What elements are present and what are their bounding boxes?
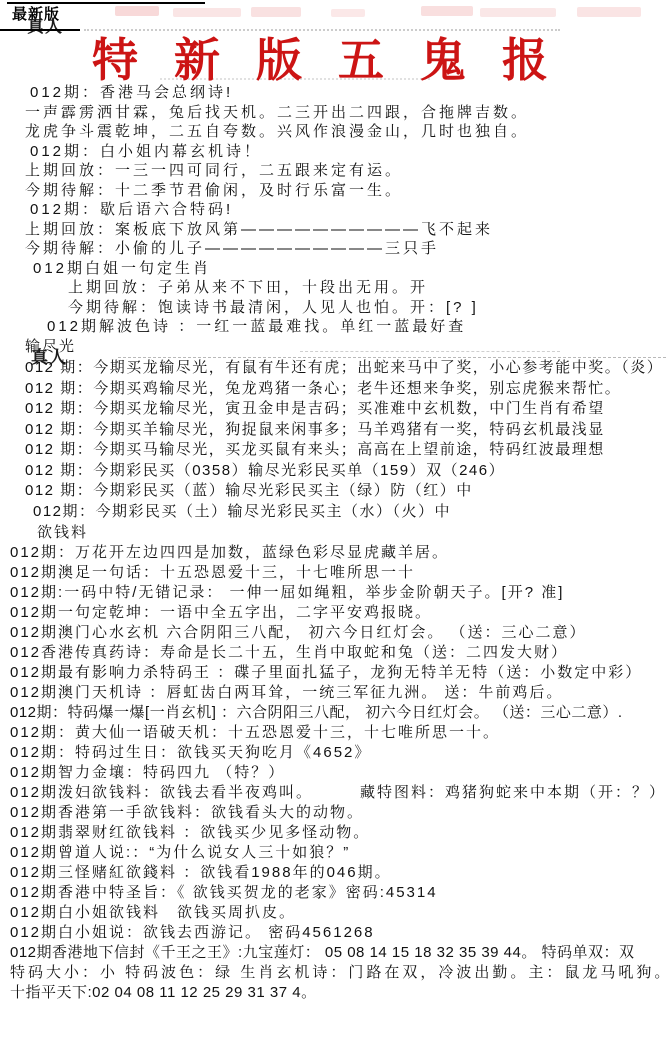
text-line: 012期:一码中特/无错记录： 一伸一屈如绳粗，举步金阶朝天子。[开? 准]	[0, 581, 670, 601]
text-line: 012期泼妇欲钱料：欲钱去看半夜鸡叫。 藏特图料：鸡猪狗蛇来中本期（开：？）	[0, 781, 670, 801]
text-line: 012 期：今期买龙输尽光，有鼠有牛还有虎；出蛇来马中了奖，小心参考能中奖。（炎…	[0, 356, 670, 377]
text-line: 012期最有影响力杀特码王 ：碟子里面扎猛子，龙狗无特羊无特（送：小数定中彩）	[0, 661, 670, 681]
artifact-smudge	[251, 7, 301, 17]
watermark-zhenren-top: 真人	[27, 12, 63, 37]
text-line: 012期三怪赌紅欲錢料 ：欲钱看1988年的046期。	[0, 861, 670, 881]
text-line: 上期回放：案板底下放风第——————————飞不起来	[0, 218, 670, 238]
text-line: 012 期：今期买鸡输尽光，兔龙鸡猪一条心；老牛还想来争奖，别忘虎猴来帮忙。	[0, 377, 670, 398]
powu-left: 012期泼妇欲钱料：欲钱去看半夜鸡叫。	[10, 784, 313, 801]
text-line: 012期白姐一句定生肖	[0, 257, 670, 277]
text-line: 012期香港地下信封《千王之王》:九宝莲灯： 05 08 14 15 18 32…	[0, 941, 670, 961]
text-line: 今期待解：小偷的儿子——————————三只手	[0, 237, 670, 257]
section-top-poems: 012期：香港马会总纲诗! 一声霹雳洒甘霖，兔后找天机。二三开出二四跟，合拖牌吉…	[0, 81, 670, 335]
text-line: 012期澳门心水玄机 六合阴阳三八配， 初六今日红灯会。 （送：三心二意）	[0, 621, 670, 641]
text-line: 特码大小：小 特码波色：绿 生肖玄机诗：门路在双，冷波出勤。主：鼠龙马吼狗。	[0, 961, 670, 981]
cangte-right-note: 藏特图料：鸡猪狗蛇来中本期（开：？）	[360, 781, 666, 802]
text-line: 012期一句定乾坤：一语中全五字出，二字平安鸡报晓。	[0, 601, 670, 621]
artifact-smudge	[577, 7, 641, 17]
text-line: 一声霹雳洒甘霖，兔后找天机。二三开出二四跟，合拖牌吉数。	[0, 101, 670, 121]
text-line: 012 期：今期买马输尽光，买龙买鼠有来头；高高在上望前途，特码红波最理想	[0, 438, 670, 459]
text-line: 012期澳门天机诗 ：唇虹齿白两耳耸，一统三军征九洲。 送：牛前鸡后。	[0, 681, 670, 701]
text-line: 012期：特码爆一爆[一肖玄机] ：六合阴阳三八配， 初六今日红灯会。 （送：三…	[0, 701, 670, 721]
text-line: 012期：香港马会总纲诗!	[0, 81, 670, 101]
text-line: 012期白小姐欲钱料 欲钱买周扒皮。	[0, 901, 670, 921]
section-yuqianliao: 欲钱料 012期：万花开左边四四是加数，蓝绿色彩尽显虎藏羊居。 012期澳足一句…	[0, 521, 670, 1001]
text-line: 012期解波色诗 ：一红一蓝最难找。单红一蓝最好查	[0, 315, 670, 335]
text-line: 012期澳足一句话：十五恐恩爱十三，十七唯所思一十	[0, 561, 670, 581]
text-line: 012期香港第一手欲钱料：欲钱看头大的动物。	[0, 801, 670, 821]
text-line: 012期白小姐说：欲钱去西游记。 密码4561268	[0, 921, 670, 941]
text-line: 012期：万花开左边四四是加数，蓝绿色彩尽显虎藏羊居。	[0, 541, 670, 561]
text-line: 012 期：今期买龙输尽光，寅丑金申是吉码；买准难中玄机数，中门生肖有希望	[0, 397, 670, 418]
page: 最新版 真人 特新版五鬼报 012期：香港马会总纲诗! 一声霹雳洒甘霖，兔后找天…	[0, 0, 670, 1037]
artifact-smudge	[173, 8, 241, 17]
text-line: 今期待解：饱读诗书最清闲，人见人也怕。开：[? ]	[0, 296, 670, 316]
text-line: 012期翡翠财红欲钱料 ：欲钱买少见多怪动物。	[0, 821, 670, 841]
text-line: 012期：今期彩民买（土）输尽光彩民买主（水）（火）中	[0, 500, 670, 521]
text-line: 012期：黄大仙一语破天机：十五恐恩爱十三，十七唯所思一十。	[0, 721, 670, 741]
artifact-dashed-line	[300, 351, 560, 352]
artifact-smudge	[115, 6, 159, 16]
text-line: 012期：特码过生日：欲钱买天狗吃月《4652》	[0, 741, 670, 761]
text-line: 012 期：今期彩民买（蓝）输尽光彩民买主（绿）防（红）中	[0, 479, 670, 500]
text-line: 012期曾道人说:：“为什么说女人三十如狼？”	[0, 841, 670, 861]
artifact-smudge	[480, 8, 556, 17]
text-line: 十指平天下:02 04 08 11 12 25 29 31 37 4。	[0, 981, 670, 1001]
masthead-bottom-rule	[0, 29, 80, 31]
section-shujinguang: 012 期：今期买龙输尽光，有鼠有牛还有虎；出蛇来马中了奖，小心参考能中奖。（炎…	[0, 356, 670, 520]
artifact-smudge	[421, 6, 473, 16]
text-line: 012期香港中特圣旨：《 欲钱买贺龙的老家》密码:45314	[0, 881, 670, 901]
text-line: 上期回放：子弟从来不下田，十段出无用。开	[0, 276, 670, 296]
text-line: 龙虎争斗震乾坤，二五自夸数。兴风作浪漫金山，几时也独自。	[0, 120, 670, 140]
text-line: 012 期：今期买羊输尽光，狗捉鼠来闲事多；马羊鸡猪有一奖，特码玄机最浅显	[0, 418, 670, 439]
text-line: 012 期：今期彩民买（0358）输尽光彩民买单（159）双（246）	[0, 459, 670, 480]
text-line: 上期回放：一三一四可同行，二五跟来定有运。	[0, 159, 670, 179]
text-line: 012期智力金壤：特码四九 （特？）	[0, 761, 670, 781]
text-line: 今期待解：十二季节君偷闲，及时行乐富一生。	[0, 179, 670, 199]
artifact-smudge	[331, 9, 365, 17]
text-line: 012期：白小姐内幕玄机诗！	[0, 140, 670, 160]
text-line: 012期：歇后语六合特码!	[0, 198, 670, 218]
text-line: 012香港传真药诗：寿命是长二十五，生肖中取蛇和兔（送：二四发大财）	[0, 641, 670, 661]
section-header-yuqianliao: 欲钱料	[0, 521, 670, 541]
